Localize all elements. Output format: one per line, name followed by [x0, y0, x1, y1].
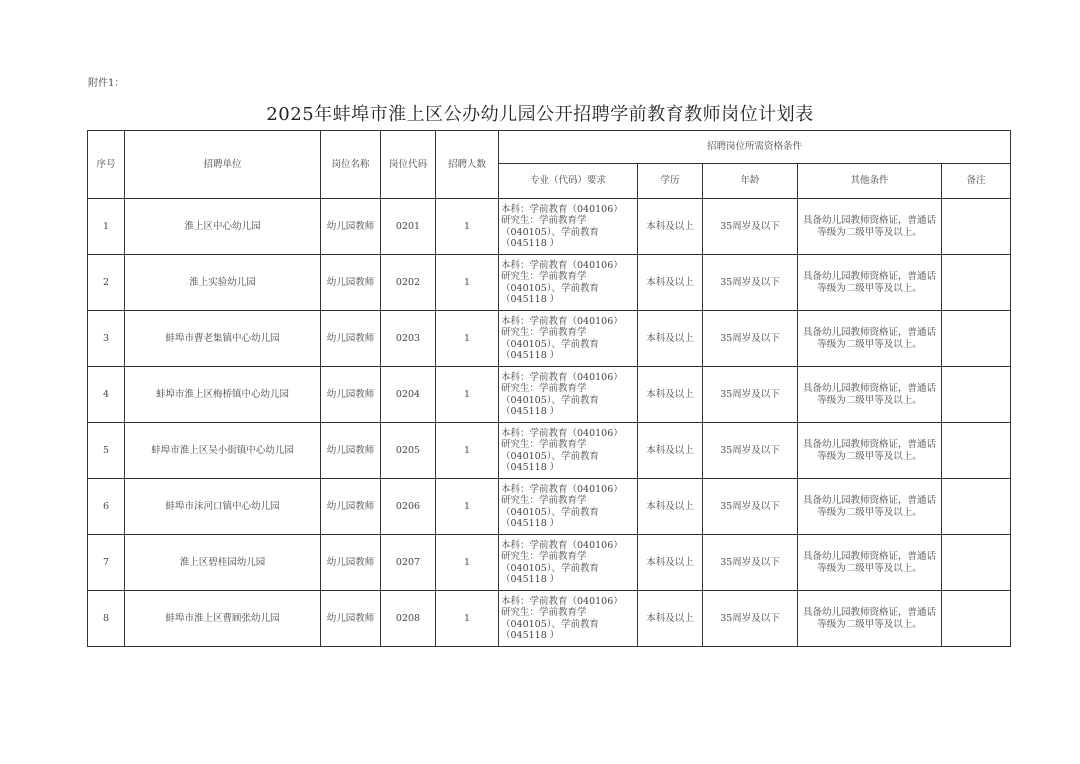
cell-seq: 6: [88, 479, 125, 535]
cell-seq: 1: [88, 199, 125, 255]
cell-other: 具备幼儿园教师资格证，普通话 等级为二级甲等及以上。: [798, 535, 942, 591]
cell-major: 本科：学前教育（040106） 研究生：学前教育学 （040105）、学前教育 …: [499, 479, 638, 535]
table-row: 2 淮上实验幼儿园 幼儿园教师 0202 1 本科：学前教育（040106） 研…: [88, 255, 1011, 311]
cell-education: 本科及以上: [638, 367, 703, 423]
cell-unit: 蚌埠市沫河口镇中心幼儿园: [125, 479, 321, 535]
cell-unit: 蚌埠市淮上区曹顾张幼儿园: [125, 591, 321, 647]
cell-major: 本科：学前教育（040106） 研究生：学前教育学 （040105）、学前教育 …: [499, 591, 638, 647]
table-row: 5 蚌埠市淮上区吴小街镇中心幼儿园 幼儿园教师 0205 1 本科：学前教育（0…: [88, 423, 1011, 479]
cell-position-name: 幼儿园教师: [321, 311, 381, 367]
cell-major: 本科：学前教育（040106） 研究生：学前教育学 （040105）、学前教育 …: [499, 535, 638, 591]
cell-position-code: 0205: [381, 423, 436, 479]
cell-position-name: 幼儿园教师: [321, 591, 381, 647]
table-row: 7 淮上区碧桂园幼儿园 幼儿园教师 0207 1 本科：学前教育（040106）…: [88, 535, 1011, 591]
cell-position-code: 0203: [381, 311, 436, 367]
header-qualifications-group: 招聘岗位所需资格条件: [499, 131, 1011, 164]
cell-seq: 4: [88, 367, 125, 423]
cell-count: 1: [436, 591, 499, 647]
cell-position-name: 幼儿园教师: [321, 535, 381, 591]
cell-other: 具备幼儿园教师资格证，普通话 等级为二级甲等及以上。: [798, 311, 942, 367]
cell-age: 35周岁及以下: [703, 255, 798, 311]
cell-education: 本科及以上: [638, 591, 703, 647]
cell-major: 本科：学前教育（040106） 研究生：学前教育学 （040105）、学前教育 …: [499, 367, 638, 423]
cell-count: 1: [436, 199, 499, 255]
cell-position-code: 0202: [381, 255, 436, 311]
cell-other: 具备幼儿园教师资格证，普通话 等级为二级甲等及以上。: [798, 591, 942, 647]
cell-other: 具备幼儿园教师资格证，普通话 等级为二级甲等及以上。: [798, 479, 942, 535]
cell-position-code: 0207: [381, 535, 436, 591]
table-row: 6 蚌埠市沫河口镇中心幼儿园 幼儿园教师 0206 1 本科：学前教育（0401…: [88, 479, 1011, 535]
header-age: 年龄: [703, 164, 798, 199]
cell-count: 1: [436, 311, 499, 367]
cell-unit: 淮上区碧桂园幼儿园: [125, 535, 321, 591]
cell-remarks: [942, 255, 1011, 311]
cell-education: 本科及以上: [638, 311, 703, 367]
header-unit: 招聘单位: [125, 131, 321, 199]
cell-count: 1: [436, 423, 499, 479]
header-remarks: 备注: [942, 164, 1011, 199]
recruitment-plan-table: 序号 招聘单位 岗位名称 岗位代码 招聘人数 招聘岗位所需资格条件 专业（代码）…: [87, 130, 1011, 647]
header-position-code: 岗位代码: [381, 131, 436, 199]
cell-seq: 2: [88, 255, 125, 311]
cell-seq: 5: [88, 423, 125, 479]
cell-other: 具备幼儿园教师资格证，普通话 等级为二级甲等及以上。: [798, 367, 942, 423]
header-position-name: 岗位名称: [321, 131, 381, 199]
cell-position-code: 0208: [381, 591, 436, 647]
cell-major: 本科：学前教育（040106） 研究生：学前教育学 （040105）、学前教育 …: [499, 423, 638, 479]
cell-unit: 蚌埠市淮上区梅桥镇中心幼儿园: [125, 367, 321, 423]
attachment-label: 附件1：: [88, 74, 124, 89]
cell-seq: 3: [88, 311, 125, 367]
cell-unit: 淮上区中心幼儿园: [125, 199, 321, 255]
cell-position-name: 幼儿园教师: [321, 255, 381, 311]
header-other: 其他条件: [798, 164, 942, 199]
cell-major: 本科：学前教育（040106） 研究生：学前教育学 （040105）、学前教育 …: [499, 199, 638, 255]
cell-seq: 8: [88, 591, 125, 647]
cell-position-code: 0206: [381, 479, 436, 535]
cell-remarks: [942, 423, 1011, 479]
cell-remarks: [942, 535, 1011, 591]
table-row: 3 蚌埠市曹老集镇中心幼儿园 幼儿园教师 0203 1 本科：学前教育（0401…: [88, 311, 1011, 367]
cell-age: 35周岁及以下: [703, 423, 798, 479]
header-count: 招聘人数: [436, 131, 499, 199]
header-education: 学历: [638, 164, 703, 199]
cell-unit: 蚌埠市曹老集镇中心幼儿园: [125, 311, 321, 367]
cell-education: 本科及以上: [638, 255, 703, 311]
document-title: 2025年蚌埠市淮上区公办幼儿园公开招聘学前教育教师岗位计划表: [0, 100, 1080, 126]
cell-age: 35周岁及以下: [703, 199, 798, 255]
cell-unit: 蚌埠市淮上区吴小街镇中心幼儿园: [125, 423, 321, 479]
table-row: 1 淮上区中心幼儿园 幼儿园教师 0201 1 本科：学前教育（040106） …: [88, 199, 1011, 255]
cell-count: 1: [436, 479, 499, 535]
cell-seq: 7: [88, 535, 125, 591]
table-row: 4 蚌埠市淮上区梅桥镇中心幼儿园 幼儿园教师 0204 1 本科：学前教育（04…: [88, 367, 1011, 423]
cell-position-name: 幼儿园教师: [321, 199, 381, 255]
cell-position-name: 幼儿园教师: [321, 479, 381, 535]
cell-major: 本科：学前教育（040106） 研究生：学前教育学 （040105）、学前教育 …: [499, 311, 638, 367]
cell-unit: 淮上实验幼儿园: [125, 255, 321, 311]
cell-count: 1: [436, 255, 499, 311]
header-major: 专业（代码）要求: [499, 164, 638, 199]
cell-other: 具备幼儿园教师资格证，普通话 等级为二级甲等及以上。: [798, 423, 942, 479]
cell-age: 35周岁及以下: [703, 367, 798, 423]
cell-education: 本科及以上: [638, 479, 703, 535]
header-seq: 序号: [88, 131, 125, 199]
cell-position-name: 幼儿园教师: [321, 423, 381, 479]
table-row: 8 蚌埠市淮上区曹顾张幼儿园 幼儿园教师 0208 1 本科：学前教育（0401…: [88, 591, 1011, 647]
cell-position-code: 0204: [381, 367, 436, 423]
cell-other: 具备幼儿园教师资格证，普通话 等级为二级甲等及以上。: [798, 199, 942, 255]
cell-position-code: 0201: [381, 199, 436, 255]
cell-other: 具备幼儿园教师资格证，普通话 等级为二级甲等及以上。: [798, 255, 942, 311]
cell-age: 35周岁及以下: [703, 311, 798, 367]
cell-remarks: [942, 591, 1011, 647]
cell-remarks: [942, 367, 1011, 423]
cell-major: 本科：学前教育（040106） 研究生：学前教育学 （040105）、学前教育 …: [499, 255, 638, 311]
cell-count: 1: [436, 535, 499, 591]
cell-age: 35周岁及以下: [703, 535, 798, 591]
cell-position-name: 幼儿园教师: [321, 367, 381, 423]
cell-remarks: [942, 199, 1011, 255]
cell-count: 1: [436, 367, 499, 423]
cell-age: 35周岁及以下: [703, 591, 798, 647]
cell-remarks: [942, 311, 1011, 367]
cell-education: 本科及以上: [638, 535, 703, 591]
cell-education: 本科及以上: [638, 423, 703, 479]
cell-remarks: [942, 479, 1011, 535]
cell-age: 35周岁及以下: [703, 479, 798, 535]
cell-education: 本科及以上: [638, 199, 703, 255]
